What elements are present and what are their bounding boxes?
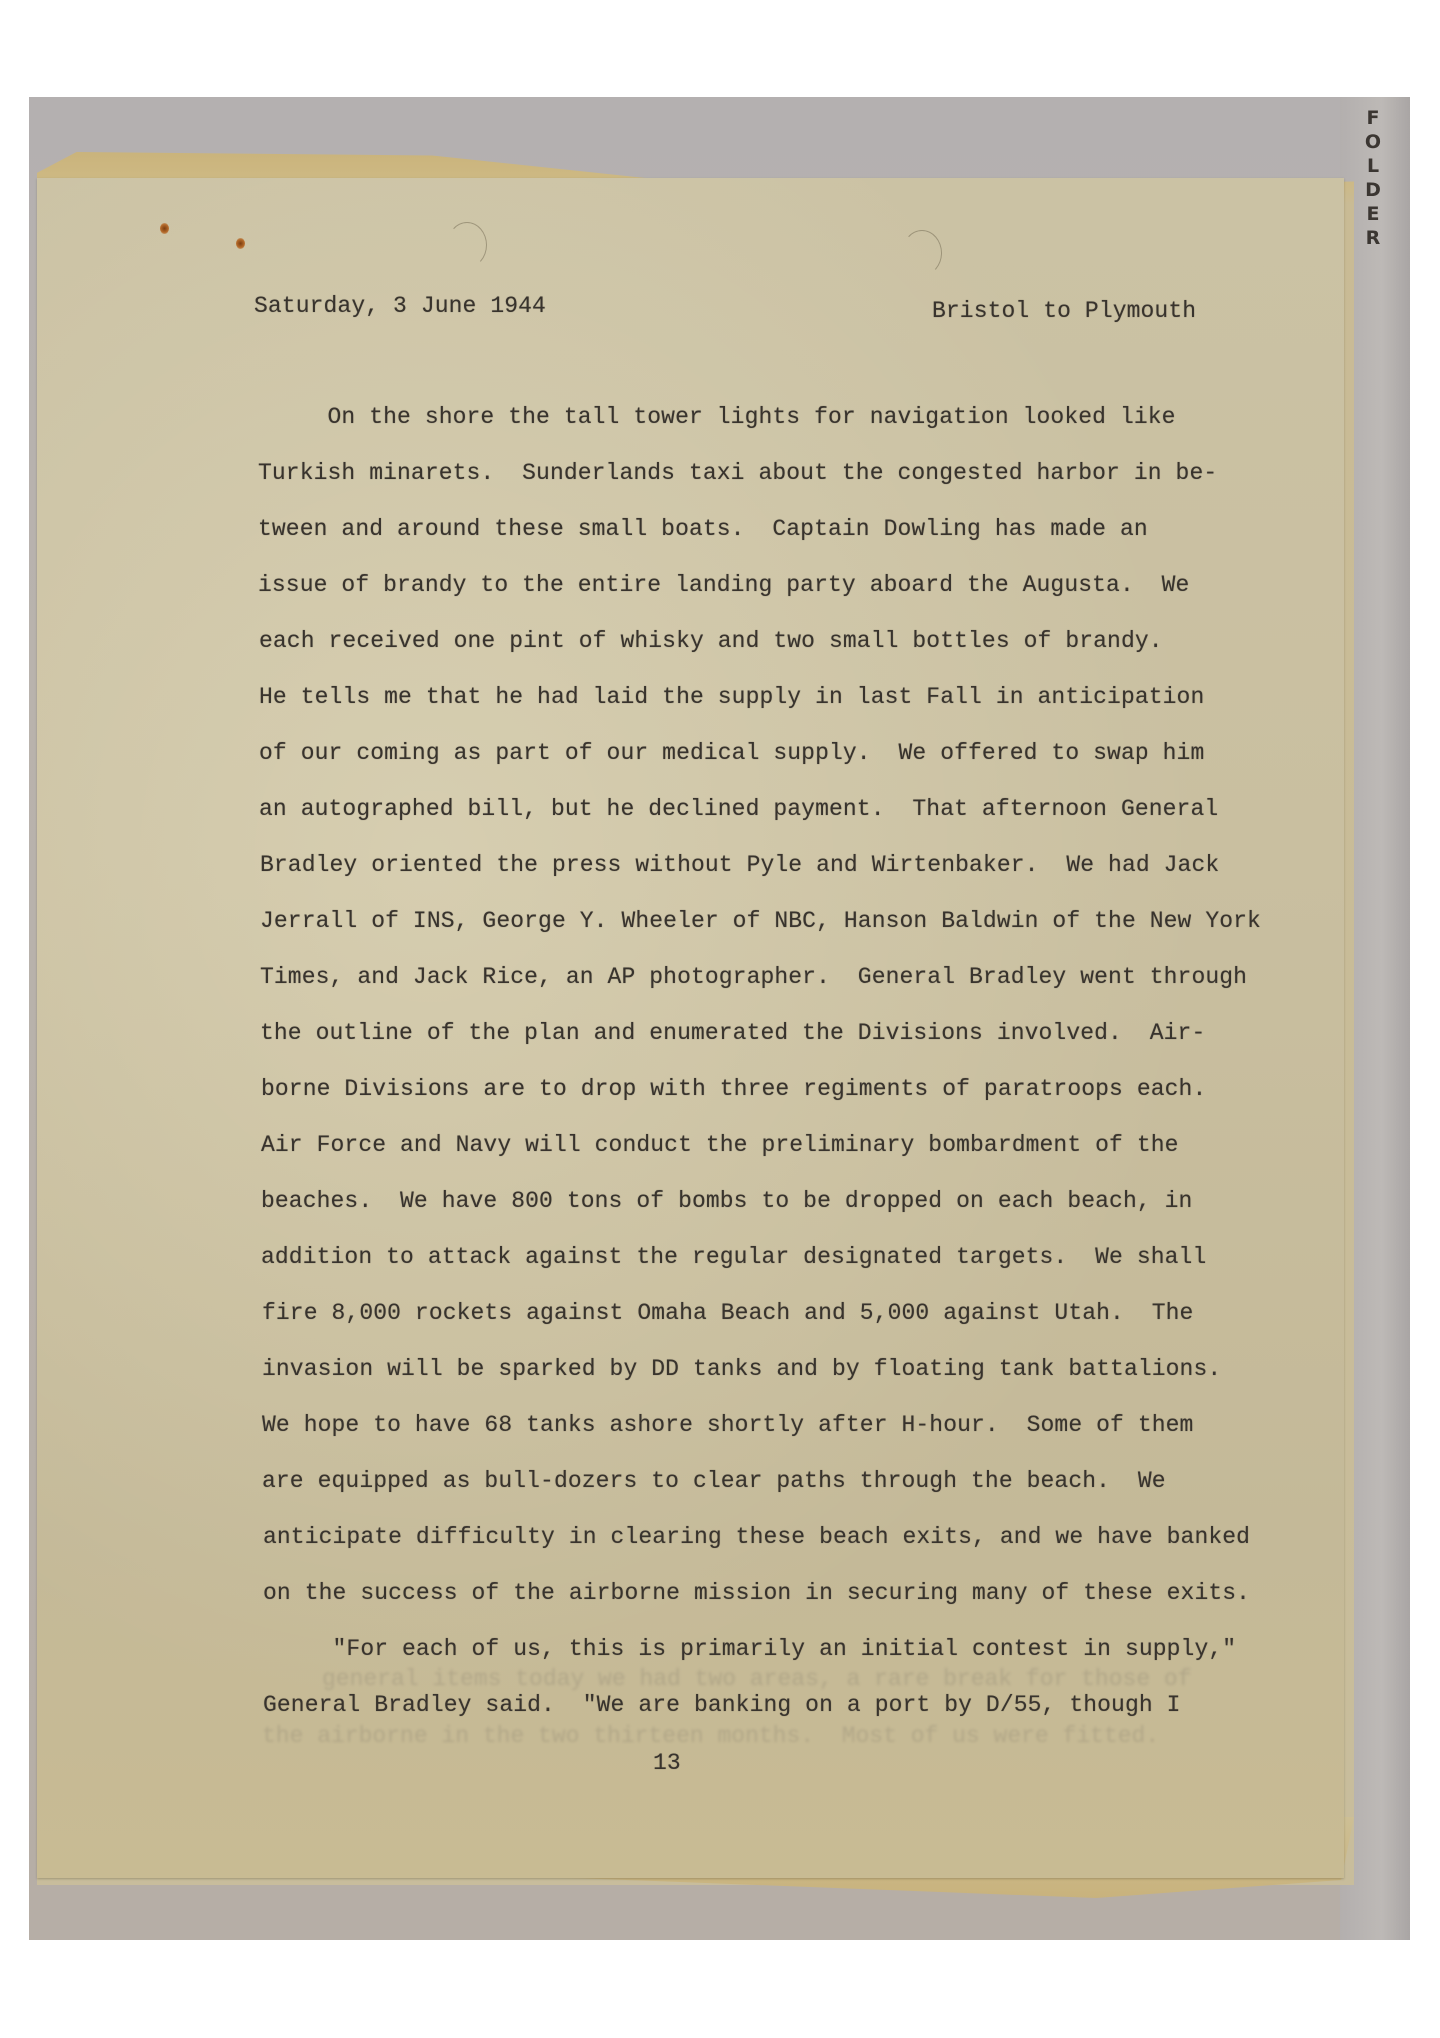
body-line: the outline of the plan and enumerated t… [260,1020,1205,1046]
body-line: addition to attack against the regular d… [261,1244,1206,1270]
rust-spot-icon [236,238,245,249]
body-line: borne Divisions are to drop with three r… [261,1076,1206,1102]
body-line: an autographed bill, but he declined pay… [259,796,1218,822]
body-line: Jerrall of INS, George Y. Wheeler of NBC… [260,908,1261,934]
body-line: We hope to have 68 tanks ashore shortly … [262,1412,1193,1438]
body-line: General Bradley said. "We are banking on… [263,1692,1181,1718]
page-number: 13 [653,1750,681,1776]
rust-spot-icon [160,223,169,234]
body-line: issue of brandy to the entire landing pa… [258,572,1189,598]
body-line: each received one pint of whisky and two… [259,628,1163,654]
body-line: Times, and Jack Rice, an AP photographer… [260,964,1247,990]
body-line: Bradley oriented the press without Pyle … [260,852,1219,878]
body-line: are equipped as bull-dozers to clear pat… [262,1468,1166,1494]
punch-hole-mark-icon [447,222,487,268]
body-line: On the shore the tall tower lights for n… [258,404,1176,430]
header-date: Saturday, 3 June 1944 [254,293,546,319]
body-line: He tells me that he had laid the supply … [259,684,1204,710]
typed-page: Saturday, 3 June 1944 Bristol to Plymout… [37,178,1344,1878]
folder-label: FOLDER [1362,107,1384,251]
body-line: "For each of us, this is primarily an in… [263,1636,1236,1662]
bleed-through-text: the airborne in the two thirteen months.… [262,1723,1159,1749]
body-line: Air Force and Navy will conduct the prel… [261,1132,1179,1158]
body-line: beaches. We have 800 tons of bombs to be… [261,1188,1192,1214]
body-line: on the success of the airborne mission i… [263,1580,1250,1606]
header-location: Bristol to Plymouth [932,298,1196,324]
body-line: anticipate difficulty in clearing these … [263,1524,1250,1550]
body-line: of our coming as part of our medical sup… [259,740,1204,766]
body-line: fire 8,000 rockets against Omaha Beach a… [262,1300,1193,1326]
body-line: Turkish minarets. Sunderlands taxi about… [258,460,1217,486]
body-line: invasion will be sparked by DD tanks and… [262,1356,1221,1382]
bleed-through-text: general items today we had two areas, a … [322,1666,1192,1692]
body-line: tween and around these small boats. Capt… [258,516,1148,542]
document-photo: FOLDER Saturday, 3 June 1944 Bristol to … [29,97,1410,1940]
punch-hole-mark-icon [902,230,942,276]
